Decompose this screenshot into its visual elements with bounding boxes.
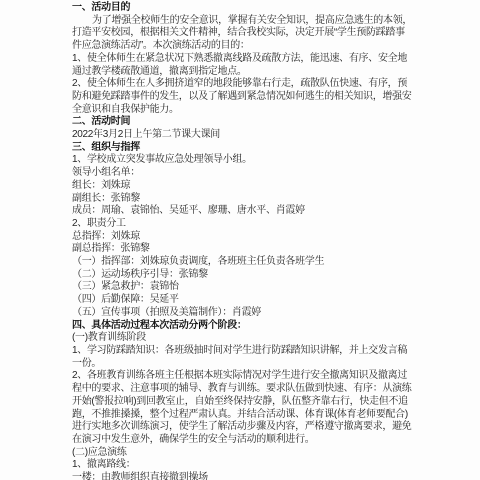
doc-paragraph: 为了增强全校师生的安全意识，掌握有关安全知识，提高应急逃生的本领，打造平安校园，… xyxy=(72,15,414,53)
doc-paragraph: 1、学习防踩踏知识：各班级抽时间对学生进行防踩踏知识讲解，并上交发言稿一份。 xyxy=(72,345,414,370)
doc-paragraph: 1、撤离路线： xyxy=(72,459,414,472)
doc-paragraph: （三）紧急救护：袁锦怡 xyxy=(72,281,414,294)
doc-paragraph: 2、使全体师生在人多拥挤道窄的地段能够靠右行走，疏散队伍快速、有序，预防和避免踩… xyxy=(72,78,414,116)
doc-heading: 四、具体活动过程本次活动分两个阶段： xyxy=(72,320,414,333)
doc-paragraph: 组长：刘姝琼 xyxy=(72,180,414,193)
doc-paragraph: 总指挥：刘姝琼 xyxy=(72,231,414,244)
doc-heading: 三、组织与指挥 xyxy=(72,142,414,155)
doc-paragraph: 副组长：张锦黎 xyxy=(72,193,414,206)
doc-paragraph: 2、各班教育训练各班主任根据本班实际情况对学生进行安全撤离知识及撤离过程中的要求… xyxy=(72,370,414,446)
doc-paragraph: 领导小组名单： xyxy=(72,167,414,180)
doc-paragraph: 1、使全体师生在紧急状况下熟悉撤离线路及疏散方法，能迅速、有序、安全地通过教学楼… xyxy=(72,53,414,78)
doc-paragraph: （二）运动场秩序引导：张锦黎 xyxy=(72,269,414,282)
doc-paragraph: 2022年3月2日上午第二节课大课间 xyxy=(72,129,414,142)
document-page: 一、活动目的为了增强全校师生的安全意识，掌握有关安全知识，提高应急逃生的本领，打… xyxy=(72,2,414,480)
doc-paragraph: 1、学校成立突发事故应急处理领导小组。 xyxy=(72,154,414,167)
doc-heading: 一、活动目的 xyxy=(72,2,414,15)
doc-paragraph: (二)应急演练 xyxy=(72,447,414,460)
doc-paragraph: （一）指挥部：刘姝琼负责调度，各班班主任负责各班学生 xyxy=(72,256,414,269)
doc-paragraph: （四）后勤保障：吴延平 xyxy=(72,294,414,307)
doc-paragraph: 一楼：由教师组织直接撤到操场 xyxy=(72,472,414,480)
doc-heading: 二、活动时间 xyxy=(72,116,414,129)
doc-paragraph: （五）宣传事项（拍照及美篇制作）：肖霞婷 xyxy=(72,307,414,320)
doc-paragraph: 2、职责分工 xyxy=(72,218,414,231)
doc-paragraph: (一)教育训练阶段 xyxy=(72,332,414,345)
doc-paragraph: 成员：周瑜、袁锦怡、吴延平、廖珊、唐水平、肖霞婷 xyxy=(72,205,414,218)
doc-paragraph: 副总指挥：张锦黎 xyxy=(72,243,414,256)
